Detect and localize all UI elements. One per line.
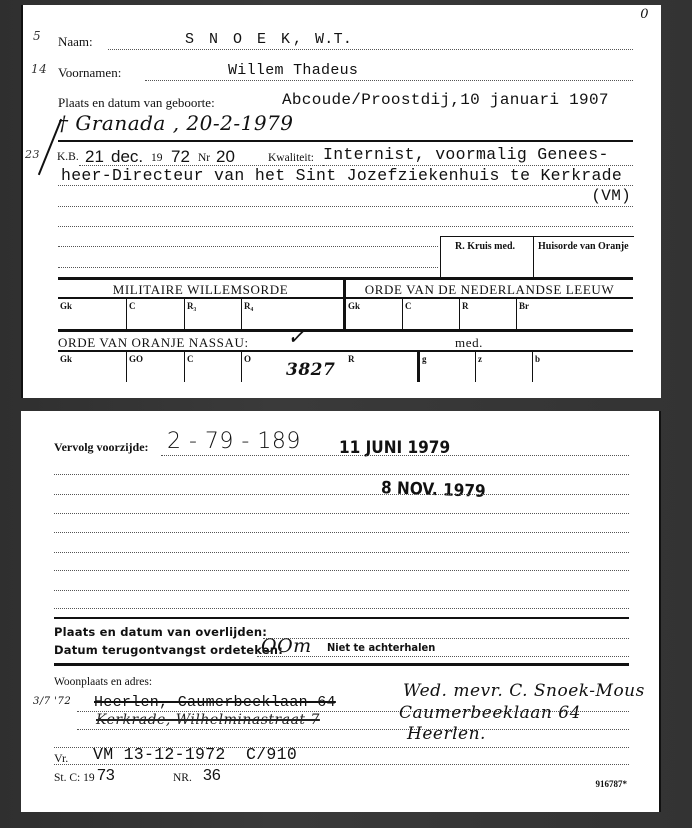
stc-nr-label: NR.: [173, 772, 192, 784]
naam-initials: W.T.: [315, 31, 352, 48]
woonplaats-address2: Kerkrade, Wilhelminastraat 7: [96, 712, 320, 728]
mwo-cell: R₃: [184, 299, 242, 329]
margin-note-kb: 23: [25, 148, 40, 161]
column-label: g: [422, 354, 427, 364]
column-label: C: [129, 301, 136, 311]
oon-title: ORDE VAN ORANJE NASSAU:: [58, 335, 249, 351]
nl-cell: R: [459, 299, 517, 329]
overlijden-label: Plaats en datum van overlijden:: [54, 625, 267, 639]
kb-nr-label: Nr: [198, 152, 210, 164]
med-title: med.: [455, 335, 483, 351]
column-label: z: [478, 354, 482, 364]
new-address-line3: Heerlen.: [407, 724, 486, 744]
column-label: b: [535, 354, 540, 364]
kb-year: 72: [171, 147, 190, 167]
naam-label: Naam:: [58, 34, 93, 50]
column-label: O: [244, 354, 251, 364]
terugontvangst-handwritten: OOm: [261, 635, 312, 657]
margin-note-voornamen: 14: [31, 62, 47, 76]
kb-day: 21: [85, 147, 104, 167]
nl-cell: C: [402, 299, 460, 329]
column-label: Gk: [60, 301, 72, 311]
vr-value: VM 13-12-1972 C/910: [93, 745, 297, 764]
strike-mark: [38, 119, 62, 175]
huisorde-box: Huisorde van Oranje: [533, 236, 634, 278]
voornamen-label: Voornamen:: [58, 65, 121, 81]
geboorte-label: Plaats en datum van geboorte:: [58, 95, 215, 111]
new-address-line1: Wed. mevr. C. Snoek-Mous: [403, 681, 645, 701]
column-label: C: [187, 354, 194, 364]
new-address-line2: Caumerbeeklaan 64: [399, 703, 581, 723]
kwaliteit-line1: Internist, voormalig Genees-: [323, 145, 609, 164]
geboorte-value: Abcoude/Proostdij,10 januari 1907: [282, 91, 609, 109]
med-cell: g: [417, 352, 478, 382]
kwaliteit-line2: heer-Directeur van het Sint Jozefziekenh…: [61, 166, 622, 185]
vervolg-handwritten: 2 - 79 - 189: [167, 429, 301, 454]
nl-cell: Br: [516, 299, 634, 329]
mwo-cell: Gk: [58, 299, 126, 329]
kwaliteit-line3: (VM): [591, 187, 631, 205]
med-cell: z: [475, 352, 533, 382]
column-label: R₃: [187, 301, 196, 311]
overlijden-handwritten: † Granada , 20-2-1979: [58, 111, 294, 135]
oon-cell: GO: [126, 352, 185, 382]
woonplaats-date-note: 3/7 '72: [33, 696, 71, 707]
terugontvangst-label: Datum terugontvangst ordeteken:: [54, 643, 283, 657]
kb-century: 19: [151, 152, 163, 164]
stamp-8-nov-1979: 8 NOV. 1979: [381, 478, 486, 502]
huisorde-label: Huisorde van Oranje: [538, 241, 629, 252]
index-card-front: 0 5 14 23 Naam: S N O E K, W.T. Voorname…: [21, 5, 661, 398]
woonplaats-label: Woonplaats en adres:: [54, 676, 152, 688]
index-card-back: Vervolg voorzijde: 2 - 79 - 189 11 JUNI …: [21, 411, 661, 812]
column-label: GO: [129, 354, 143, 364]
stc-year: 73: [97, 767, 115, 785]
column-label: R₄: [244, 301, 253, 311]
column-label: C: [405, 301, 412, 311]
med-cell: R: [346, 352, 417, 382]
kb-nr: 20: [216, 147, 235, 167]
column-label: Gk: [348, 301, 360, 311]
column-label: Gk: [60, 354, 72, 364]
nl-cell: Gk: [346, 299, 402, 329]
terugontvangst-stamp: Niet te achterhalen: [327, 641, 435, 654]
corner-mark: 0: [640, 7, 649, 22]
column-label: R: [462, 301, 469, 311]
column-label: R: [348, 354, 355, 364]
r-kruis-label: R. Kruis med.: [455, 241, 515, 252]
oon-cell: C: [184, 352, 242, 382]
nl-title: ORDE VAN DE NEDERLANDSE LEEUW: [346, 282, 633, 298]
stc-nr: 36: [203, 767, 221, 785]
kwaliteit-label: Kwaliteit:: [268, 152, 314, 164]
oon-cell: O: [241, 352, 344, 382]
column-label: Br: [519, 301, 529, 311]
mwo-cell: C: [126, 299, 185, 329]
med-cell: b: [532, 352, 634, 382]
naam-value: S N O E K,: [185, 31, 305, 48]
stc-label: St. C: 19: [54, 772, 95, 784]
margin-note-naam: 5: [33, 29, 41, 43]
kb-month: dec.: [111, 147, 143, 167]
voornamen-value: Willem Thadeus: [228, 62, 358, 79]
vervolg-label: Vervolg voorzijde:: [54, 440, 149, 455]
woonplaats-address1: Heerlen, Caumerbeeklaan 64: [94, 694, 336, 711]
kb-label: K.B.: [57, 151, 79, 163]
mwo-title: MILITAIRE WILLEMSORDE: [58, 282, 343, 298]
serial-number: 916787*: [596, 779, 628, 789]
oon-cell: Gk: [58, 352, 126, 382]
r-kruis-box: R. Kruis med.: [440, 236, 534, 278]
mwo-cell: R₄: [241, 299, 344, 329]
